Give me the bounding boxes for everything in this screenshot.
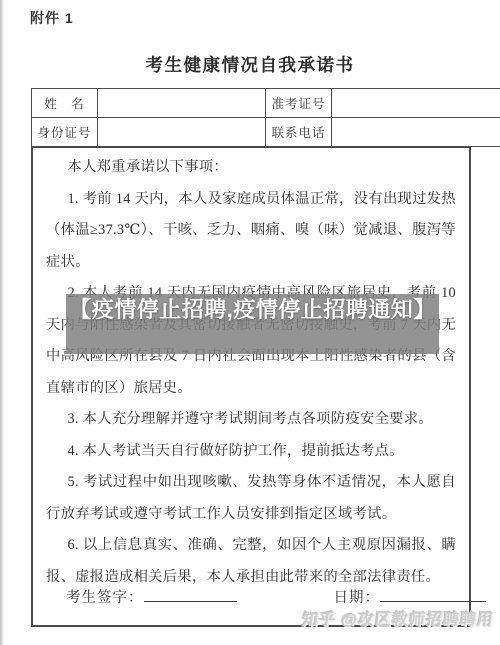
overlay-banner-text: 【疫情停止招聘,疫情停止招聘通知】 bbox=[66, 294, 439, 354]
name-label: 姓 名 bbox=[32, 89, 98, 118]
name-value-cell bbox=[98, 89, 266, 118]
id-number-value-cell bbox=[98, 118, 266, 147]
promise-item-4: 4. 本人考试当天自行做好防护工作，提前抵达考点。 bbox=[46, 436, 456, 468]
admission-ticket-value-cell bbox=[332, 89, 500, 118]
page-title: 考生健康情况自我承诺书 bbox=[0, 52, 500, 77]
promise-item-1: 1. 考前 14 天内，本人及家庭成员体温正常，没有出现过发热（体温≥37.3℃… bbox=[46, 184, 456, 279]
promise-intro: 本人郑重承诺以下事项： bbox=[46, 152, 456, 184]
table-row: 身份证号 联系电话 bbox=[32, 118, 500, 147]
scan-edge-shadow bbox=[0, 0, 4, 645]
scanned-document-page: 附件 1 考生健康情况自我承诺书 姓 名 准考证号 身份证号 联系电话 本人郑重… bbox=[0, 0, 500, 645]
id-number-label: 身份证号 bbox=[32, 118, 98, 147]
table-row: 姓 名 准考证号 bbox=[32, 89, 500, 118]
promise-item-6: 6. 以上信息真实、准确、完整，如因个人主观原因漏报、瞒报、虚报造成相关后果，本… bbox=[46, 530, 456, 593]
overlay-banner: 【疫情停止招聘,疫情停止招聘通知】 bbox=[66, 294, 439, 354]
phone-value-cell bbox=[332, 118, 500, 147]
attachment-label: 附件 1 bbox=[30, 8, 74, 28]
candidate-info-table: 姓 名 准考证号 身份证号 联系电话 bbox=[31, 88, 500, 147]
date-label: 日期： bbox=[334, 590, 381, 606]
signature-line bbox=[144, 589, 237, 602]
date-line bbox=[380, 589, 486, 602]
phone-label: 联系电话 bbox=[266, 118, 332, 147]
signature-row: 考生签字：日期： bbox=[33, 586, 469, 607]
admission-ticket-label: 准考证号 bbox=[266, 89, 332, 118]
promise-box: 本人郑重承诺以下事项： 1. 考前 14 天内，本人及家庭成员体温正常，没有出现… bbox=[31, 146, 471, 627]
promise-item-3: 3. 本人充分理解并遵守考试期间考点各项防疫安全要求。 bbox=[46, 404, 456, 436]
zhihu-watermark: 知乎 @攻区教师招聘聘用 bbox=[301, 607, 495, 630]
promise-item-5: 5. 考试过程中如出现咳嗽、发热等身体不适情况，本人愿自行放弃考试或遵守考试工作… bbox=[46, 467, 456, 530]
signature-label: 考生签字： bbox=[66, 590, 144, 606]
